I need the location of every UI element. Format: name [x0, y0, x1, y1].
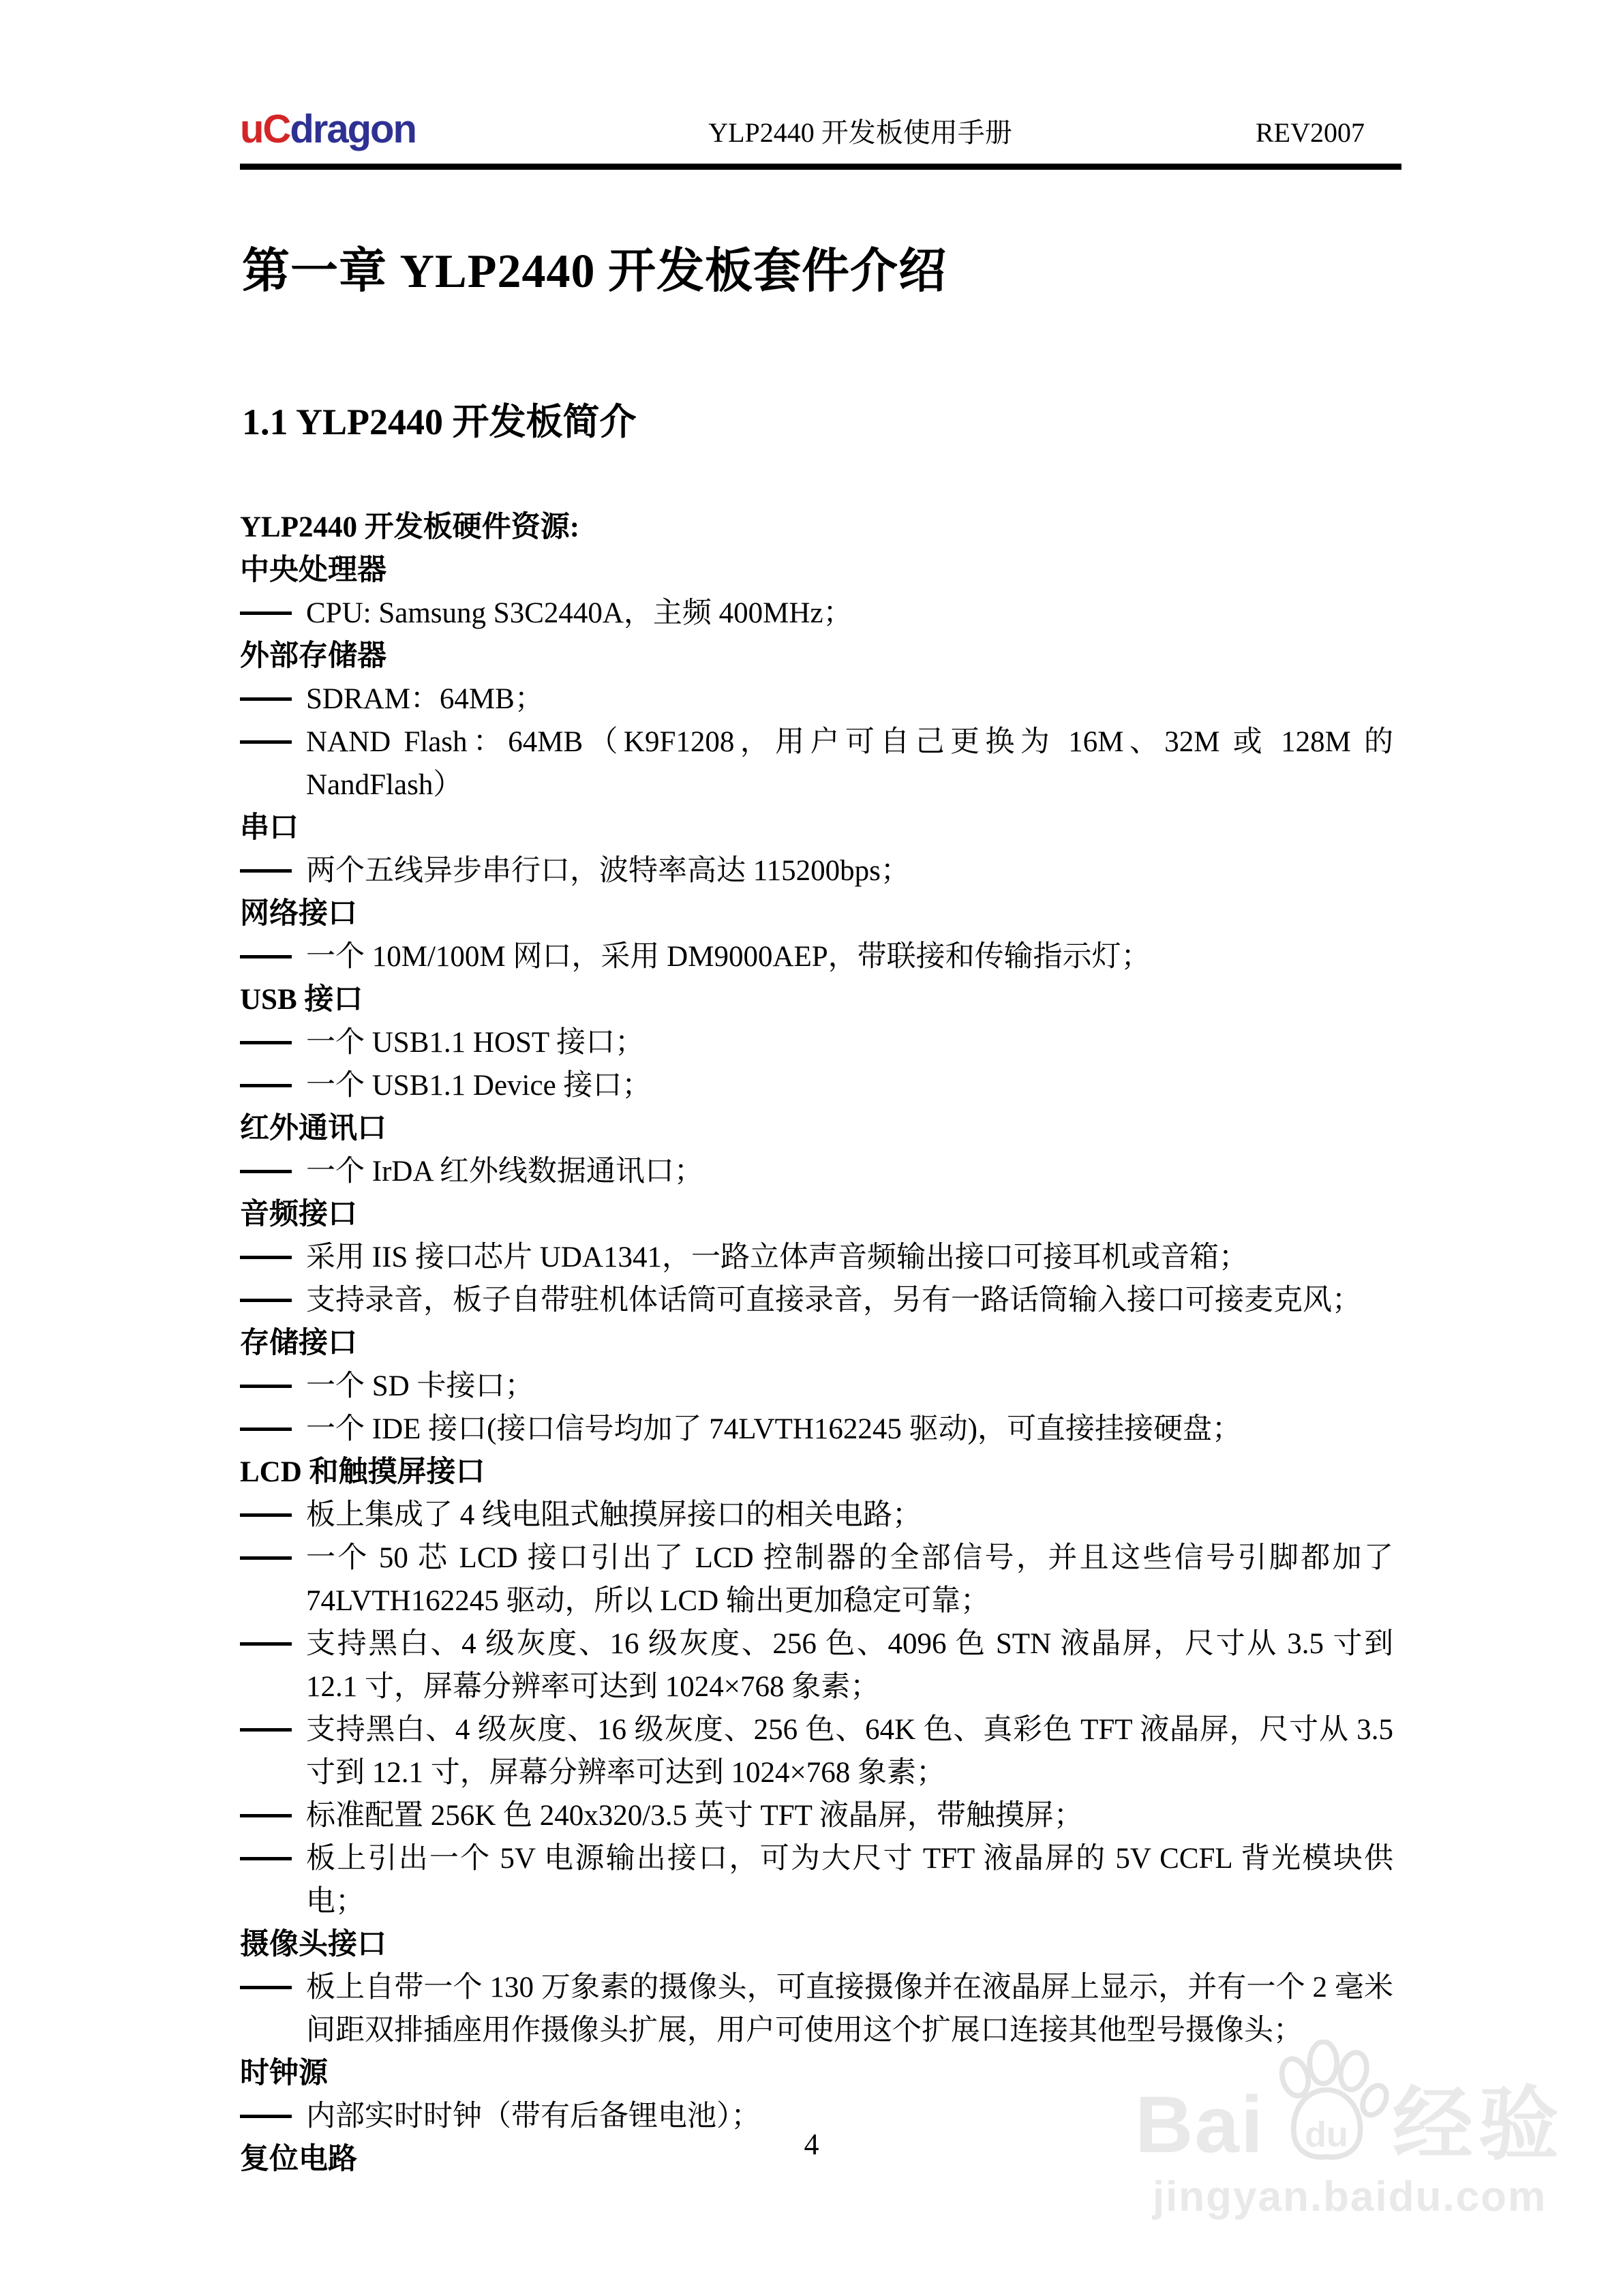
spec-item: 采用 IIS 接口芯片 UDA1341，一路立体声音频输出接口可接耳机或音箱； — [240, 1236, 1393, 1279]
spec-item: 一个 10M/100M 网口，采用 DM9000AEP，带联接和传输指示灯； — [240, 935, 1393, 978]
content-area: YLP2440 开发板硬件资源: 中央处理器CPU: Samsung S3C24… — [240, 506, 1393, 2181]
spec-item: 一个 IDE 接口(接口信号均加了 74LVTH162245 驱动)，可直接挂接… — [240, 1408, 1393, 1451]
spec-item-text: 板上集成了 4 线电阻式触摸屏接口的相关电路； — [306, 1494, 1393, 1537]
dash-bullet — [240, 1236, 306, 1279]
header-doc-title: YLP2440 开发板使用手册 — [465, 119, 1256, 151]
spec-category-heading: 网络接口 — [240, 892, 1393, 935]
spec-item-text: 采用 IIS 接口芯片 UDA1341，一路立体声音频输出接口可接耳机或音箱； — [306, 1236, 1393, 1279]
spec-item-text: 支持黑白、4 级灰度、16 级灰度、256 色、64K 色、真彩色 TFT 液晶… — [306, 1708, 1393, 1794]
spec-category-heading: LCD 和触摸屏接口 — [240, 1451, 1393, 1494]
spec-item-text: NAND Flash：64MB（K9F1208，用户可自己更换为 16M、32M… — [306, 721, 1393, 806]
spec-item-text: 支持黑白、4 级灰度、16 级灰度、256 色、4096 色 STN 液晶屏，尺… — [306, 1622, 1393, 1708]
spec-item-text: 两个五线异步串行口，波特率高达 115200bps； — [306, 849, 1393, 892]
dash-bullet — [240, 935, 306, 978]
spec-category-heading: 红外通讯口 — [240, 1107, 1393, 1150]
dash-bullet — [240, 678, 306, 721]
spec-item-text: 一个 IrDA 红外线数据通讯口； — [306, 1150, 1393, 1193]
spec-list: 中央处理器CPU: Samsung S3C2440A，主频 400MHz；外部存… — [240, 549, 1393, 2181]
header-revision: REV2007 — [1256, 119, 1365, 151]
spec-item: 一个 USB1.1 Device 接口； — [240, 1064, 1393, 1107]
spec-item-text: 标准配置 256K 色 240x320/3.5 英寸 TFT 液晶屏，带触摸屏； — [306, 1794, 1393, 1837]
dash-bullet — [240, 1708, 306, 1794]
spec-category-heading: 串口 — [240, 806, 1393, 849]
spec-category-heading: 摄像头接口 — [240, 1923, 1393, 1966]
spec-item: 一个 USB1.1 HOST 接口； — [240, 1021, 1393, 1064]
dash-bullet — [240, 1794, 306, 1837]
spec-item-text: 一个 IDE 接口(接口信号均加了 74LVTH162245 驱动)，可直接挂接… — [306, 1408, 1393, 1451]
dash-bullet — [240, 1966, 306, 2052]
dash-bullet — [240, 1021, 306, 1064]
spec-category-heading: 存储接口 — [240, 1322, 1393, 1365]
spec-item-text: 一个 50 芯 LCD 接口引出了 LCD 控制器的全部信号，并且这些信号引脚都… — [306, 1537, 1393, 1622]
logo-text-uc: uC — [240, 107, 290, 151]
spec-item: 板上集成了 4 线电阻式触摸屏接口的相关电路； — [240, 1494, 1393, 1537]
page-header: uCdragon YLP2440 开发板使用手册 REV2007 — [240, 109, 1399, 151]
spec-item-text: CPU: Samsung S3C2440A，主频 400MHz； — [306, 592, 1393, 635]
spec-item: NAND Flash：64MB（K9F1208，用户可自己更换为 16M、32M… — [240, 721, 1393, 806]
dash-bullet — [240, 1537, 306, 1622]
spec-item-text: 一个 USB1.1 HOST 接口； — [306, 1021, 1393, 1064]
dash-bullet — [240, 1837, 306, 1923]
dash-bullet — [240, 1365, 306, 1408]
spec-item: 标准配置 256K 色 240x320/3.5 英寸 TFT 液晶屏，带触摸屏； — [240, 1794, 1393, 1837]
spec-item: 支持黑白、4 级灰度、16 级灰度、256 色、4096 色 STN 液晶屏，尺… — [240, 1622, 1393, 1708]
chapter-title: 第一章 YLP2440 开发板套件介绍 — [242, 245, 947, 298]
header-rule-divider — [240, 164, 1401, 170]
dash-bullet — [240, 1064, 306, 1107]
spec-item: 支持录音，板子自带驻机体话筒可直接录音，另有一路话筒输入接口可接麦克风； — [240, 1279, 1393, 1322]
spec-item: 一个 IrDA 红外线数据通讯口； — [240, 1150, 1393, 1193]
watermark-url: jingyan.baidu.com — [1128, 2176, 1571, 2218]
spec-category-heading: 中央处理器 — [240, 549, 1393, 592]
logo-text-dragon: dragon — [290, 107, 416, 151]
dash-bullet — [240, 721, 306, 806]
spec-item: 一个 SD 卡接口； — [240, 1365, 1393, 1408]
spec-item: 一个 50 芯 LCD 接口引出了 LCD 控制器的全部信号，并且这些信号引脚都… — [240, 1537, 1393, 1622]
spec-item-text: 一个 SD 卡接口； — [306, 1365, 1393, 1408]
document-page: uCdragon YLP2440 开发板使用手册 REV2007 第一章 YLP… — [0, 0, 1623, 2296]
spec-item-text: 一个 USB1.1 Device 接口； — [306, 1064, 1393, 1107]
spec-item-text: SDRAM：64MB； — [306, 678, 1393, 721]
spec-category-heading: USB 接口 — [240, 978, 1393, 1021]
spec-item-text: 一个 10M/100M 网口，采用 DM9000AEP，带联接和传输指示灯； — [306, 935, 1393, 978]
dash-bullet — [240, 849, 306, 892]
dash-bullet — [240, 1622, 306, 1708]
dash-bullet — [240, 1408, 306, 1451]
baidu-jingyan-watermark: Bai du 经验 jingyan.baidu.com — [1128, 2040, 1571, 2218]
dash-bullet — [240, 1279, 306, 1322]
spec-category-heading: 音频接口 — [240, 1193, 1393, 1236]
baidu-paw-icon: du — [1266, 2040, 1391, 2165]
spec-item: 板上引出一个 5V 电源输出接口，可为大尺寸 TFT 液晶屏的 5V CCFL … — [240, 1837, 1393, 1923]
spec-item: 两个五线异步串行口，波特率高达 115200bps； — [240, 849, 1393, 892]
watermark-bai-text: Bai — [1135, 2085, 1264, 2165]
spec-item-text: 板上引出一个 5V 电源输出接口，可为大尺寸 TFT 液晶屏的 5V CCFL … — [306, 1837, 1393, 1923]
spec-item: 支持黑白、4 级灰度、16 级灰度、256 色、64K 色、真彩色 TFT 液晶… — [240, 1708, 1393, 1794]
spec-item: SDRAM：64MB； — [240, 678, 1393, 721]
watermark-du-text: du — [1305, 2115, 1348, 2154]
intro-heading: YLP2440 开发板硬件资源: — [240, 506, 1393, 549]
dash-bullet — [240, 1494, 306, 1537]
dash-bullet — [240, 592, 306, 635]
dash-bullet — [240, 1150, 306, 1193]
section-title: 1.1 YLP2440 开发板简介 — [242, 402, 637, 442]
watermark-jingyan-text: 经验 — [1393, 2085, 1564, 2165]
ucdragon-logo: uCdragon — [240, 109, 465, 151]
watermark-brand-row: Bai du 经验 — [1128, 2040, 1571, 2165]
spec-category-heading: 外部存储器 — [240, 635, 1393, 678]
spec-item-text: 支持录音，板子自带驻机体话筒可直接录音，另有一路话筒输入接口可接麦克风； — [306, 1279, 1393, 1322]
spec-item: CPU: Samsung S3C2440A，主频 400MHz； — [240, 592, 1393, 635]
